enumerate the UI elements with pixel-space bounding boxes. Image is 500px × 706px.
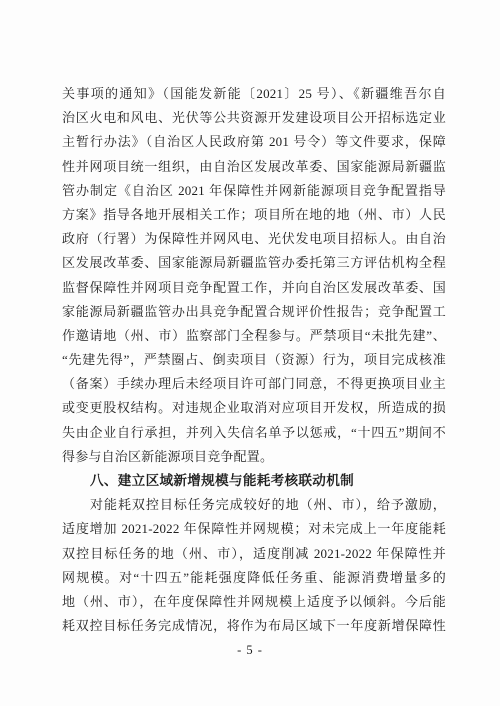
body-text-line: 耗双控目标任务完成情况，将作为布局区域下一年度新增保障性 xyxy=(62,614,446,638)
body-text-line: 性并网项目统一组织，由自治区发展改革委、国家能源局新疆监 xyxy=(62,155,446,179)
body-text-line: 家能源局新疆监管办出具竞争配置合规评价性报告；竞争配置工 xyxy=(62,300,446,324)
body-text-line: （备案）手续办理后未经项目许可部门同意，不得更换项目业主 xyxy=(62,372,446,396)
body-text-line: 管办制定《自治区 2021 年保障性并网新能源项目竞争配置指导 xyxy=(62,179,446,203)
body-text-line: “先建先得”，严禁圈占、倒卖项目（资源）行为，项目完成核准 xyxy=(62,348,446,372)
page-number: - 5 - xyxy=(0,642,500,658)
body-text-line: 主暂行办法》（自治区人民政府第 201 号令）等文件要求，保障 xyxy=(62,130,446,154)
body-text-line: 关事项的通知》（国能发新能〔2021〕25 号）、《新疆维吾尔自 xyxy=(62,82,446,106)
body-text-line: 作邀请地（州、市）监察部门全程参与。严禁项目“未批先建”、 xyxy=(62,324,446,348)
body-text-line: 区发展改革委、国家能源局新疆监管办委托第三方评估机构全程 xyxy=(62,251,446,275)
body-text-line: 监督保障性并网项目竞争配置工作，并向自治区发展改革委、国 xyxy=(62,276,446,300)
document-page: 关事项的通知》（国能发新能〔2021〕25 号）、《新疆维吾尔自 治区火电和风电… xyxy=(0,0,500,706)
body-text-line: 政府（行署）为保障性并网风电、光伏发电项目招标人。由自治 xyxy=(62,227,446,251)
body-text-line: 网规模。对“十四五”能耗强度降低任务重、能源消费增量多的 xyxy=(62,566,446,590)
body-text-line: 方案》指导各地开展相关工作；项目所在地的地（州、市）人民 xyxy=(62,203,446,227)
body-text-line: 失由企业自行承担，并列入失信名单予以惩戒，“十四五”期间不 xyxy=(62,421,446,445)
body-text-line: 双控目标任务的地（州、市），适度削减 2021-2022 年保障性并 xyxy=(62,542,446,566)
section-heading: 八、建立区域新增规模与能耗考核联动机制 xyxy=(62,469,446,493)
body-text-line: 地（州、市），在年度保障性并网规模上适度予以倾斜。今后能 xyxy=(62,590,446,614)
document-text-block: 关事项的通知》（国能发新能〔2021〕25 号）、《新疆维吾尔自 治区火电和风电… xyxy=(62,82,446,638)
body-text-line: 治区火电和风电、光伏等公共资源开发建设项目公开招标选定业 xyxy=(62,106,446,130)
body-text-line: 对能耗双控目标任务完成较好的地（州、市），给予激励， xyxy=(62,493,446,517)
body-text-line: 得参与自治区新能源项目竞争配置。 xyxy=(62,445,446,469)
body-text-line: 适度增加 2021-2022 年保障性并网规模；对未完成上一年度能耗 xyxy=(62,517,446,541)
body-text-line: 或变更股权结构。对违规企业取消对应项目开发权，所造成的损 xyxy=(62,396,446,420)
